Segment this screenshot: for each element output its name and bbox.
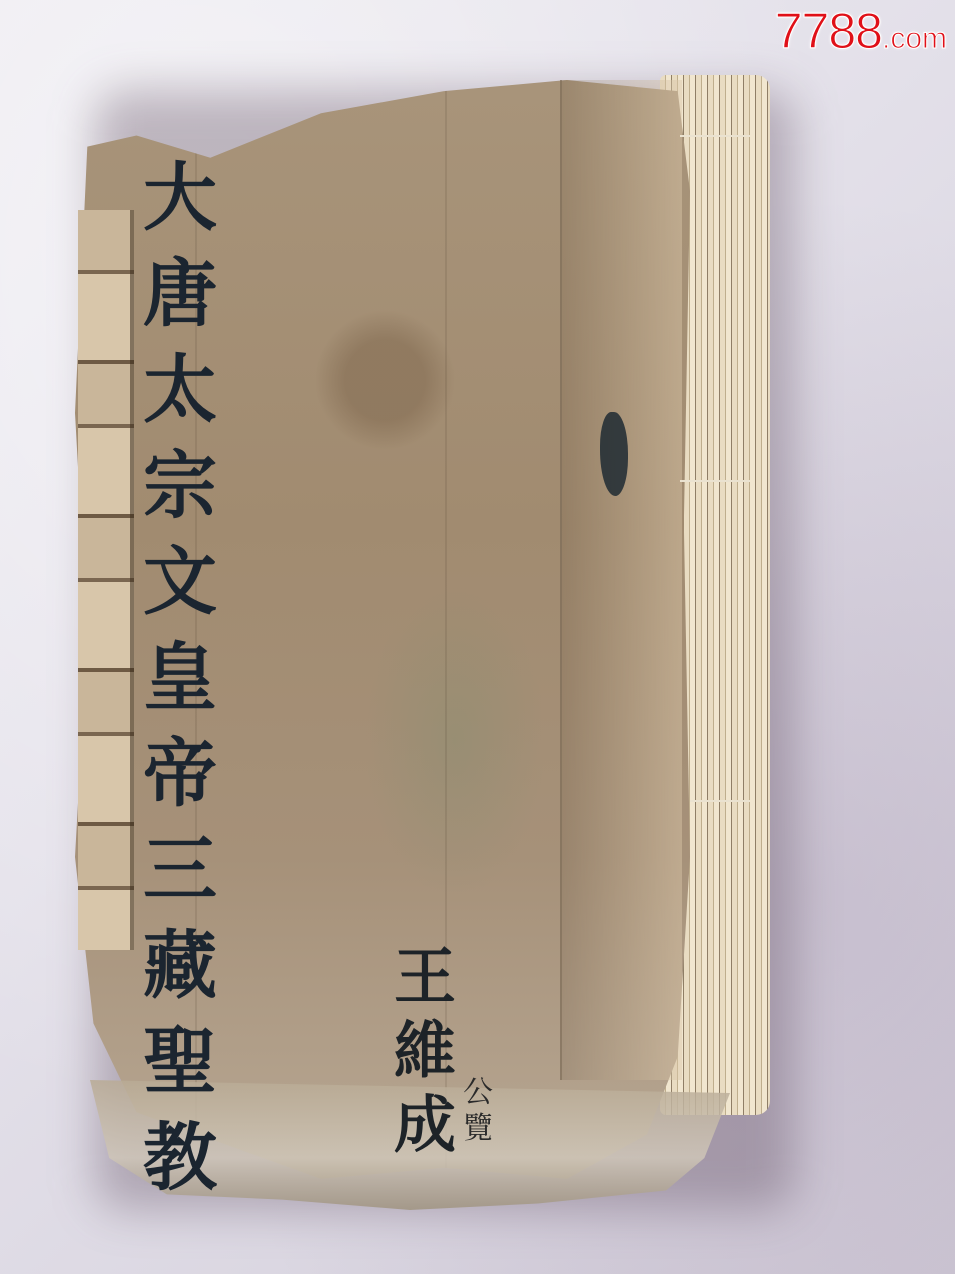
title-char: 教: [143, 1110, 217, 1206]
note-char: 公: [463, 1075, 493, 1111]
title-char: 聖: [143, 1014, 217, 1110]
title-char: 太: [143, 342, 217, 438]
site-watermark-logo: 7788 .com: [775, 2, 947, 60]
cover-spine-fold: [560, 80, 682, 1080]
binding-thread-lower: [690, 800, 750, 802]
title-char: 三: [143, 822, 217, 918]
binding-thread-middle: [680, 480, 750, 482]
title-char: 文: [143, 534, 217, 630]
author-char: 維: [394, 1014, 456, 1088]
owner-name-vertical: 王 維 成: [385, 940, 465, 1162]
title-char: 大: [143, 150, 217, 246]
title-char: 藏: [143, 918, 217, 1014]
watermark-domain: .com: [882, 22, 947, 56]
torn-binding-flaps: [78, 210, 134, 950]
title-char: 皇: [143, 630, 217, 726]
watermark-number: 7788: [775, 2, 882, 60]
ink-stain: [600, 412, 628, 496]
side-note-vertical: 公 覽: [458, 1075, 498, 1147]
title-char: 唐: [143, 246, 217, 342]
author-char: 成: [394, 1088, 456, 1162]
author-char: 王: [394, 940, 456, 1014]
title-char: 帝: [143, 726, 217, 822]
binding-thread-top: [680, 135, 750, 137]
book-title-vertical: 大 唐 太 宗 文 皇 帝 三 藏 聖 教: [130, 150, 230, 1206]
title-char: 宗: [143, 438, 217, 534]
note-char: 覽: [463, 1111, 493, 1147]
